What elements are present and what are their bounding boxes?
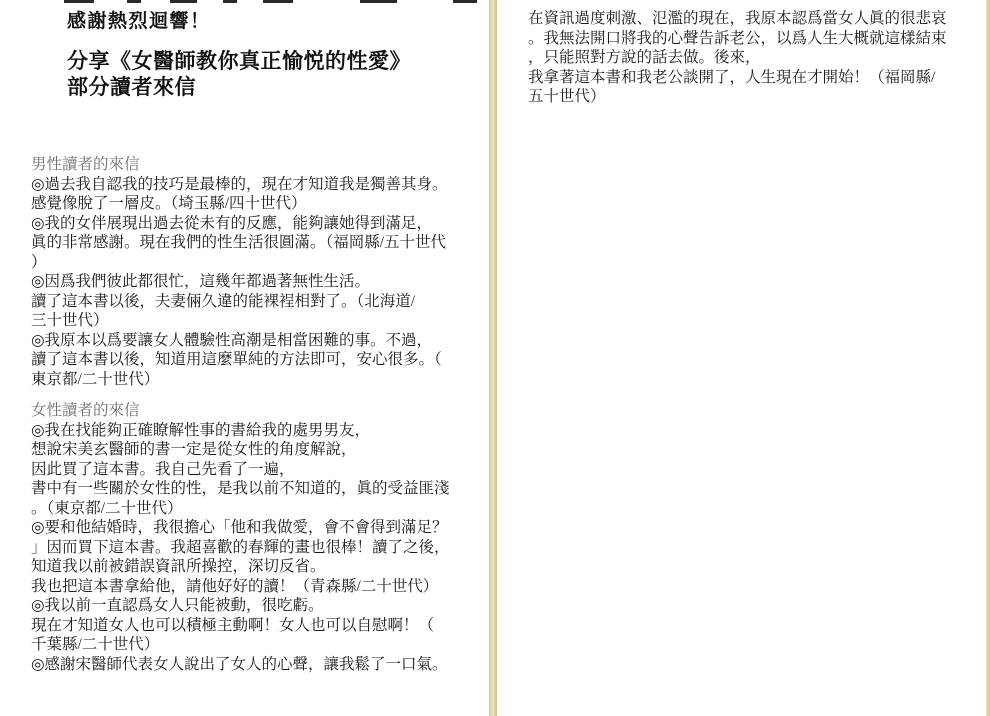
page-title-book-name: 分享《女醫師教你真正愉悦的性愛》 <box>67 48 411 74</box>
clipped-text-fragment <box>127 0 141 3</box>
right-page-column: 在資訊過度刺激、氾濫的現在，我原本認爲當女人眞的很悲哀 。我無法開口將我的心聲告… <box>528 9 947 107</box>
reader-letter-line: ◎因爲我們彼此都很忙，這幾年都過著無性生活。 <box>31 272 448 292</box>
reader-letter-line: ） <box>31 253 448 273</box>
reader-letter-line: ◎感謝宋醫師代表女人說出了女人的心聲，讓我鬆了一口氣。 <box>31 655 450 675</box>
title-block: 感謝熱烈迴響！ 分享《女醫師教你真正愉悦的性愛》 部分讀者來信 <box>67 10 411 100</box>
reader-letter-line: 想說宋美玄醫師的書一定是從女性的角度解說， <box>31 440 450 460</box>
clipped-text-fragment <box>453 0 477 3</box>
reader-letter-line: 千葉縣/二十世代） <box>31 635 450 655</box>
clipped-text-fragment <box>170 0 197 3</box>
reader-letter-line: 三十世代） <box>31 311 448 331</box>
reader-letter-line: ◎我的女伴展現出過去從未有的反應，能夠讓她得到滿足， <box>31 214 448 234</box>
reader-letter-line: 現在才知道女人也可以積極主動啊！女人也可以自慰啊！（ <box>31 616 450 636</box>
reader-letter-line: 」因而買下這本書。我超喜歡的春輝的畫也很棒！讀了之後， <box>31 538 450 558</box>
page-right-edge <box>986 0 990 716</box>
reader-letter-line: 。我無法開口將我的心聲告訴老公，以爲人生大概就這樣結束 <box>528 29 947 49</box>
reader-letter-line: 讀了這本書以後，知道用這麼單純的方法即可，安心很多。（ <box>31 350 448 370</box>
reader-letter-line: 書中有一些關於女性的性，是我以前不知道的，眞的受益匪淺 <box>31 479 450 499</box>
reader-letter-line: 我也把這本書拿給他，請他好好的讀！（青森縣/二十世代） <box>31 577 450 597</box>
reader-letter-line: ◎我以前一直認爲女人只能被動，很吃虧。 <box>31 596 450 616</box>
reader-letter-line: 。（東京都/二十世代） <box>31 499 450 519</box>
clipped-text-fragment <box>64 0 94 3</box>
page-gutter-divider <box>489 0 497 716</box>
clipped-text-fragment <box>223 0 237 3</box>
male-readers-section: 男性讀者的來信 ◎過去我自認我的技巧是最棒的，現在才知道我是獨善其身。 感覺像脫… <box>31 155 448 389</box>
reader-letter-line: ◎過去我自認我的技巧是最棒的，現在才知道我是獨善其身。 <box>31 175 448 195</box>
reader-letter-line: 因此買了這本書。我自己先看了一遍， <box>31 460 450 480</box>
clipped-text-fragment <box>360 0 397 3</box>
reader-letter-line: 東京都/二十世代） <box>31 370 448 390</box>
reader-letter-line: 感覺像脫了一層皮。（埼玉縣/四十世代） <box>31 194 448 214</box>
page-title-readers-letters: 部分讀者來信 <box>67 74 411 100</box>
reader-letter-line: 讀了這本書以後，夫妻倆久違的能裸裎相對了。（北海道/ <box>31 292 448 312</box>
reader-letter-line: ◎要和他結婚時，我很擔心「他和我做愛，會不會得到滿足？ <box>31 518 450 538</box>
reader-letter-line: 知道我以前被錯誤資訊所操控，深切反省。 <box>31 557 450 577</box>
female-readers-section: 女性讀者的來信 ◎我在找能夠正確瞭解性事的書給我的處男男友， 想說宋美玄醫師的書… <box>31 401 450 674</box>
reader-letter-line: 眞的非常感謝。現在我們的性生活很圓滿。（福岡縣/五十世代 <box>31 233 448 253</box>
reader-letter-line: ◎我原本以爲要讓女人體驗性高潮是相當困難的事。不過， <box>31 331 448 351</box>
book-page-spread: { "title": { "line1": "感謝熱烈迴響！", "line2"… <box>0 0 990 716</box>
page-title-thanks: 感謝熱烈迴響！ <box>67 10 411 34</box>
reader-letter-line: 五十世代） <box>528 87 947 107</box>
clipped-text-fragment <box>263 0 293 3</box>
reader-letter-line: 我拿著這本書和我老公談開了，人生現在才開始！（福岡縣/ <box>528 68 947 88</box>
section-heading-male: 男性讀者的來信 <box>31 155 448 175</box>
reader-letter-line: 在資訊過度刺激、氾濫的現在，我原本認爲當女人眞的很悲哀 <box>528 9 947 29</box>
reader-letter-line: ◎我在找能夠正確瞭解性事的書給我的處男男友， <box>31 421 450 441</box>
section-heading-female: 女性讀者的來信 <box>31 401 450 421</box>
reader-letter-line: ，只能照對方說的話去做。後來， <box>528 48 947 68</box>
